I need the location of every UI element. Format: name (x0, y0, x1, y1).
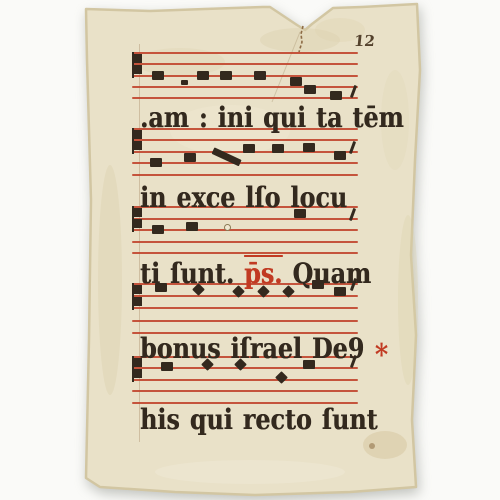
neume-square (220, 71, 232, 80)
staff-line (132, 162, 358, 164)
staff-line (132, 379, 358, 381)
chant-text: Quam (282, 257, 371, 290)
asterisk-mark: * (364, 338, 388, 373)
neume-square (186, 222, 198, 231)
chant-text-line: in exce lſo locu (140, 181, 347, 215)
neume-square (243, 144, 255, 153)
staff-line (132, 229, 358, 231)
neume-square (254, 71, 266, 80)
neume-square (290, 77, 302, 86)
clef-block (134, 141, 142, 150)
chant-text-line: ti ſunt. p̄s. Quam (140, 257, 371, 291)
staff-line (132, 52, 358, 54)
chant-content: .am : ini qui ta tēmin exce lſo locuti ſ… (0, 0, 500, 500)
chant-text: his qui recto ſunt (140, 403, 378, 436)
clef-block (134, 369, 142, 378)
neume-square (303, 143, 315, 152)
neume-square (304, 85, 316, 94)
staff-line (132, 97, 358, 99)
chant-text: .am : ini qui ta tēm (140, 101, 404, 134)
manuscript-photo: 12 .am : ini qui ta tēmin exce lſo locut… (0, 0, 500, 500)
staff-line (132, 174, 358, 176)
neume-square (152, 225, 164, 234)
neume-square (272, 144, 284, 153)
staff-line (132, 218, 358, 220)
chant-text-line: .am : ini qui ta tēm (140, 101, 404, 135)
neume-square (184, 153, 196, 162)
staff-line (132, 320, 358, 322)
chant-text: bonus iſrael De9 (140, 332, 364, 365)
parchment-hole (224, 224, 231, 231)
staff-line (132, 139, 358, 141)
chant-text-line: his qui recto ſunt (140, 403, 378, 437)
neume-square (334, 151, 346, 160)
clef-block (134, 219, 142, 228)
staff-line (132, 241, 358, 243)
staff-line (132, 75, 358, 77)
chant-text: ti ſunt. (140, 257, 244, 290)
chant-text: in exce lſo locu (140, 181, 347, 214)
staff-line (132, 390, 358, 392)
rubric-ps: p̄s. (244, 257, 282, 290)
staff-line (132, 252, 358, 254)
chant-text-line: bonus iſrael De9 * (140, 332, 388, 366)
neume-square (152, 71, 164, 80)
neume-square (197, 71, 209, 80)
clef-block (134, 297, 142, 306)
neume-diamond (275, 371, 288, 384)
neume-square (150, 158, 162, 167)
neume-square (330, 91, 342, 100)
staff-line (132, 307, 358, 309)
neume-punctum (181, 80, 188, 85)
staff-line (132, 295, 358, 297)
staff-line (132, 63, 358, 65)
staff-line (132, 86, 358, 88)
clef-block (134, 65, 142, 74)
clef-block (134, 54, 142, 63)
